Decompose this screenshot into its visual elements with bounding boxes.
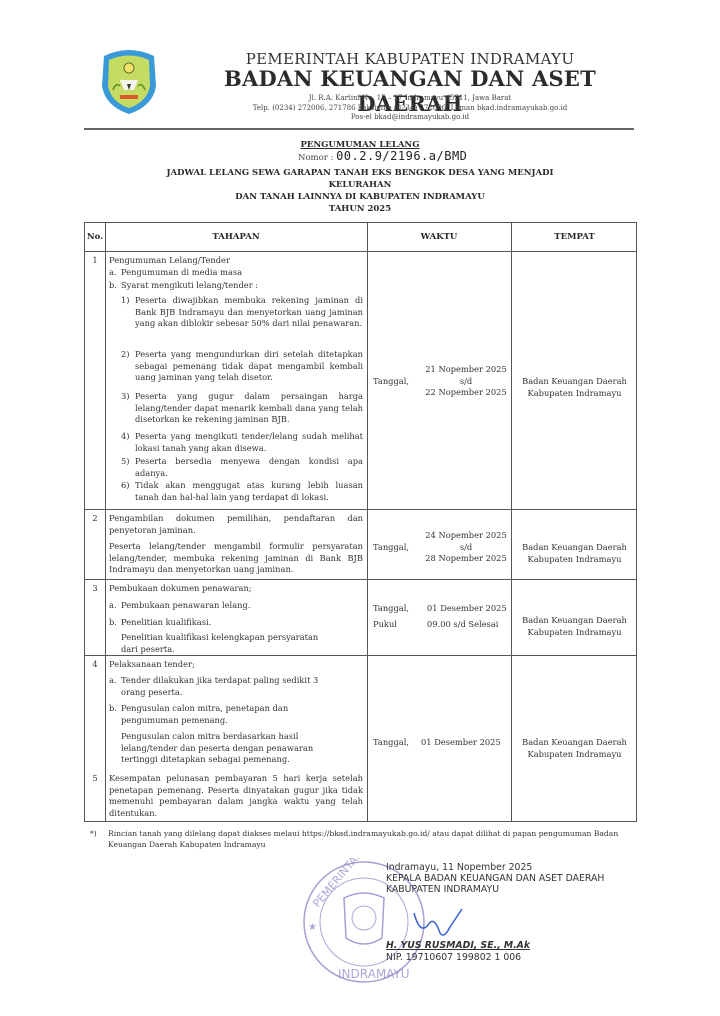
heading-line: DAN TANAH LAINNYA DI KABUPATEN INDRAMAYU	[150, 191, 570, 203]
stage-title: Pembukaan dokumen penawaran;	[109, 583, 363, 595]
subitem-marker: 4)	[121, 431, 130, 443]
date-start: 24 Nopember 2025	[423, 530, 509, 542]
time-label: Pukul	[373, 619, 397, 631]
announcement-number: Nomor : 00.2.9/2196.a/BMD	[298, 149, 467, 163]
date-value: 01 Desember 2025	[427, 603, 507, 615]
subitem-text: Peserta diwajibkan membuka rekening jami…	[135, 295, 363, 330]
location-line: Badan Keuangan Daerah	[511, 615, 638, 627]
heading-line: JADWAL LELANG SEWA GARAPAN TANAH EKS BEN…	[150, 167, 570, 191]
row-divider	[85, 655, 636, 656]
svg-text:PEMERINTAH: PEMERINTAH	[310, 858, 365, 910]
svg-text:INDRAMAYU: INDRAMAYU	[338, 967, 410, 981]
date-separator: s/d	[423, 542, 509, 554]
subitem-text: Peserta yang mengikuti tender/lelang sud…	[135, 431, 363, 454]
item-text: Pembukaan penawaran lelang.	[121, 600, 361, 612]
item-marker: a.	[109, 600, 117, 612]
row-divider	[85, 251, 636, 252]
date-label: Tanggal,	[373, 603, 409, 615]
row-divider	[85, 509, 636, 510]
item-text: Pengumuman di media masa	[121, 267, 361, 279]
subitem-text: Peserta yang gugur dalam persaingan harg…	[135, 391, 363, 426]
header-no: No.	[85, 223, 105, 251]
stage-title: Pengambilan dokumen pemilihan, pendaftar…	[109, 513, 363, 536]
row-number: 5	[85, 773, 105, 783]
subitem-text: Peserta bersedia menyewa dengan kondisi …	[135, 456, 363, 479]
location-line: Kabupaten Indramayu	[511, 388, 638, 400]
letterhead-phone: Telp. (0234) 272006, 271786 Faksimile (0…	[170, 104, 650, 114]
date-label: Tanggal,	[373, 376, 409, 388]
signature-block: Indramayu, 11 Nopember 2025 KEPALA BADAN…	[386, 862, 604, 895]
signer-position: KEPALA BADAN KEUANGAN DAN ASET DAERAH	[386, 873, 604, 884]
row-divider	[85, 579, 636, 580]
subitem-marker: 3)	[121, 391, 130, 403]
date-label: Tanggal,	[373, 542, 409, 554]
location-line: Kabupaten Indramayu	[511, 749, 638, 761]
number-label: Nomor :	[298, 153, 333, 163]
location-line: Kabupaten Indramayu	[511, 554, 638, 566]
item-text: Penelitian kualifikasi.	[121, 617, 361, 629]
subitem-text: Tidak akan menggugat atas kurang lebih l…	[135, 480, 363, 503]
letterhead-address: Jl. R.A. Kartini No. 15 – 17 Indramayu 4…	[170, 94, 650, 104]
date-end: 28 Nopember 2025	[423, 553, 509, 565]
date-value: 01 Desember 2025	[421, 737, 501, 749]
date-start: 21 Nopember 2025	[423, 364, 509, 376]
date-separator: s/d	[423, 376, 509, 388]
column-divider	[367, 223, 368, 821]
row-number: 4	[85, 659, 105, 669]
letterhead-contact: Jl. R.A. Kartini No. 15 – 17 Indramayu 4…	[170, 94, 650, 123]
footnote-marker: *)	[90, 829, 97, 840]
header-waktu: WAKTU	[367, 223, 511, 251]
column-divider	[105, 223, 106, 821]
regency-emblem-icon	[98, 46, 160, 116]
stage-title: Pengumuman Lelang/Tender	[109, 255, 363, 267]
item-text: Tender dilakukan jika terdapat paling se…	[121, 675, 321, 698]
item-marker: b.	[109, 703, 117, 715]
date-label: Tanggal,	[373, 737, 409, 749]
column-divider	[511, 223, 512, 821]
header-tempat: TEMPAT	[511, 223, 638, 251]
handwritten-signature-icon	[410, 905, 470, 940]
subitem-marker: 5)	[121, 456, 130, 468]
schedule-table: No. TAHAPAN WAKTU TEMPAT 1 Pengumuman Le…	[84, 222, 637, 822]
place-date: Indramayu, 11 Nopember 2025	[386, 862, 604, 873]
subitem-marker: 2)	[121, 349, 130, 361]
item-marker: a.	[109, 267, 117, 279]
date-range: 24 Nopember 2025 s/d 28 Nopember 2025	[423, 530, 509, 565]
row-number: 3	[85, 583, 105, 593]
location: Badan Keuangan Daerah Kabupaten Indramay…	[511, 542, 638, 565]
svg-text:★: ★	[308, 922, 317, 933]
location: Badan Keuangan Daerah Kabupaten Indramay…	[511, 376, 638, 399]
stage-detail: Penelitian kualifikasi kelengkapan persy…	[121, 632, 327, 655]
item-text: Syarat mengikuti lelang/tender :	[121, 280, 361, 292]
signer-name: H. YUS RUSMADI, SE., M.Ak	[386, 940, 530, 951]
item-marker: a.	[109, 675, 117, 687]
item-marker: b.	[109, 617, 117, 629]
location-line: Kabupaten Indramayu	[511, 627, 638, 639]
date-range: 21 Nopember 2025 s/d 22 Nopember 2025	[423, 364, 509, 399]
date-end: 22 Nopember 2025	[423, 387, 509, 399]
location-line: Badan Keuangan Daerah	[511, 737, 638, 749]
header-tahapan: TAHAPAN	[105, 223, 367, 251]
location: Badan Keuangan Daerah Kabupaten Indramay…	[511, 737, 638, 760]
row-number: 1	[85, 255, 105, 265]
stage-detail: Pengusulan calon mitra berdasarkan hasil…	[121, 731, 331, 766]
item-text: Pengusulan calon mitra, penetapan dan pe…	[121, 703, 321, 726]
subitem-marker: 1)	[121, 295, 130, 307]
item-marker: b.	[109, 280, 117, 292]
signer-region: KABUPATEN INDRAMAYU	[386, 884, 604, 895]
location-line: Badan Keuangan Daerah	[511, 376, 638, 388]
number-value: 00.2.9/2196.a/BMD	[336, 149, 467, 163]
letterhead-divider	[84, 128, 634, 130]
heading-line: TAHUN 2025	[150, 203, 570, 215]
stage-title: Pelaksanaan tender;	[109, 659, 363, 671]
stage-detail: Peserta lelang/tender mengambil formulir…	[109, 541, 363, 576]
location: Badan Keuangan Daerah Kabupaten Indramay…	[511, 615, 638, 638]
subitem-text: Peserta yang mengundurkan diri setelah d…	[135, 349, 363, 384]
location-line: Badan Keuangan Daerah	[511, 542, 638, 554]
announcement-heading: JADWAL LELANG SEWA GARAPAN TANAH EKS BEN…	[150, 167, 570, 215]
subitem-marker: 6)	[121, 480, 130, 492]
letterhead-email: Pos-el bkad@indramayukab.go.id	[170, 113, 650, 123]
time-value: 09.00 s/d Selesai	[427, 619, 498, 631]
row-number: 2	[85, 513, 105, 523]
footnote-text: Rincian tanah yang dilelang dapat diakse…	[108, 829, 628, 850]
signer-nip: NIP. 19710607 199802 1 006	[386, 952, 521, 963]
stage-extra: Kesempatan pelunasan pembayaran 5 hari k…	[109, 773, 363, 819]
